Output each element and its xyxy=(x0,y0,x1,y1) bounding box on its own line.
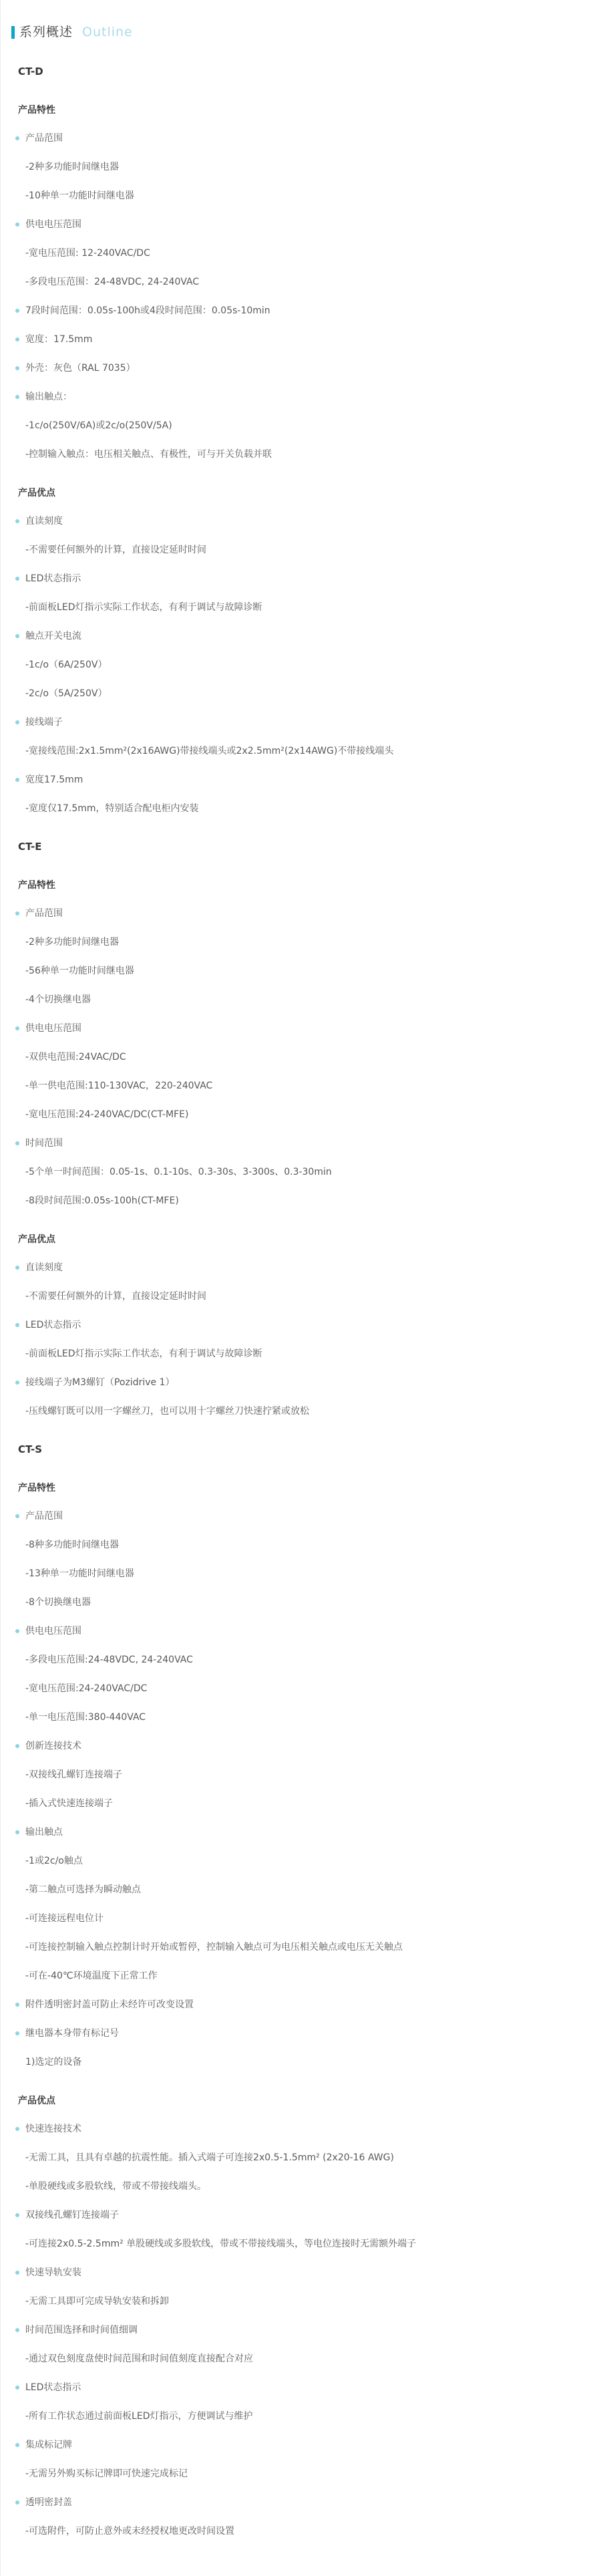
feature-list: 快速连接技术-无需工具，且具有卓越的抗震性能。插入式端子可连接2x0.5-1.5… xyxy=(11,2124,581,2537)
list-item: 产品范围 xyxy=(11,134,581,144)
item-label: 时间范围 xyxy=(25,1138,63,1149)
bullet-icon xyxy=(15,395,19,399)
page-title: 系列概述 xyxy=(19,25,73,39)
sub-item: -第二触点可选择为瞬动触点 xyxy=(25,1885,581,1895)
list-item: 输出触点 xyxy=(11,1828,581,1838)
item-label: 透明密封盖 xyxy=(25,2497,72,2508)
item-label: 宽度17.5mm xyxy=(25,774,83,785)
sub-item: -通过双色刻度盘使时间范围和时间值刻度直接配合对应 xyxy=(25,2354,581,2364)
item-label: 直读刻度 xyxy=(25,516,63,527)
list-item: 快速导轨安装 xyxy=(11,2268,581,2278)
bullet-icon xyxy=(15,1141,19,1145)
sub-item: 1)选定的设备 xyxy=(25,2057,581,2067)
sub-item: -控制输入触点：电压相关触点、有极性，可与开关负载并联 xyxy=(25,450,581,460)
sub-item: -所有工作状态通过前面板LED灯指示，方便调试与维护 xyxy=(25,2412,581,2422)
sub-item: -1c/o（6A/250V） xyxy=(25,660,581,670)
sub-item: -8种多功能时间继电器 xyxy=(25,1540,581,1550)
sub-item: -宽电压范围: 12-240VAC/DC xyxy=(25,249,581,259)
sub-item: -双接线孔螺钉连接端子 xyxy=(25,1770,581,1780)
item-label: 继电器本身带有标记号 xyxy=(25,2028,119,2039)
item-label: 输出触点： xyxy=(25,392,72,402)
item-label: 接线端子为M3螺钉（Pozidrive 1） xyxy=(25,1377,175,1388)
item-label: 产品范围 xyxy=(25,133,63,144)
bullet-icon xyxy=(15,309,19,313)
item-label: 外壳：灰色（RAL 7035） xyxy=(25,363,136,374)
feature-list: 直读刻度-不需要任何额外的计算，直接设定延时时间LED状态指示-前面板LED灯指… xyxy=(11,1263,581,1417)
sub-item: -可连接控制输入触点控制计时开始或暂停，控制输入触点可为电压相关触点或电压无关触… xyxy=(25,1943,581,1953)
bullet-icon xyxy=(15,2328,19,2332)
sub-item: -1或2c/o触点 xyxy=(25,1856,581,1866)
list-item: 产品范围 xyxy=(11,1512,581,1522)
section-title: CT-S xyxy=(18,1445,581,1455)
bullet-icon xyxy=(15,1830,19,1834)
bullet-icon xyxy=(15,2386,19,2390)
sub-item: -前面板LED灯指示实际工作状态，有利于调试与故障诊断 xyxy=(25,603,581,613)
list-item: 7段时间范围：0.05s-100h或4段时间范围：0.05s-10min xyxy=(11,306,581,316)
list-item: LED状态指示 xyxy=(11,2383,581,2393)
item-label: 创新连接技术 xyxy=(25,1741,81,1751)
list-item: 集成标记牌 xyxy=(11,2440,581,2450)
list-item: 接线端子 xyxy=(11,718,581,728)
bullet-icon xyxy=(15,1266,19,1270)
list-item: 供电电压范围 xyxy=(11,1024,581,1034)
sub-item: -56种单一功能时间继电器 xyxy=(25,966,581,976)
bullet-icon xyxy=(15,337,19,341)
bullet-icon xyxy=(15,2213,19,2217)
sub-item: -单一电压范围:380-440VAC xyxy=(25,1713,581,1723)
item-label: 快速连接技术 xyxy=(25,2124,81,2134)
item-label: 宽度：17.5mm xyxy=(25,334,92,345)
bullet-icon xyxy=(15,136,19,140)
bullet-icon xyxy=(15,519,19,523)
item-label: 输出触点 xyxy=(25,1827,63,1838)
sub-item: -多段电压范围：24-48VDC, 24-240VAC xyxy=(25,277,581,287)
sub-item: -宽电压范围:24-240VAC/DC(CT-MFE) xyxy=(25,1110,581,1120)
list-item: 时间范围 xyxy=(11,1139,581,1149)
page-header: 系列概述 Outline xyxy=(11,25,581,39)
sub-item: -2种多功能时间继电器 xyxy=(25,162,581,172)
item-label: 供电电压范围 xyxy=(25,219,81,230)
bullet-icon xyxy=(15,223,19,227)
sub-item: -可在-40℃环境温度下正常工作 xyxy=(25,1971,581,1981)
subsection-heading: 产品优点 xyxy=(18,488,581,498)
sub-item: -4个切换继电器 xyxy=(25,995,581,1005)
sub-item: -可连接2x0.5-2.5mm² 单股硬线或多股软线，带或不带接线端头，等电位连… xyxy=(25,2239,581,2249)
item-label: 接线端子 xyxy=(25,717,63,728)
list-item: 产品范围 xyxy=(11,909,581,919)
list-item: LED状态指示 xyxy=(11,574,581,584)
bullet-icon xyxy=(15,634,19,638)
bullet-icon xyxy=(15,1381,19,1385)
sub-item: -5个单一时间范围：0.05-1s、0.1-10s、0.3-30s、3-300s… xyxy=(25,1167,581,1177)
item-label: 7段时间范围：0.05s-100h或4段时间范围：0.05s-10min xyxy=(25,305,270,316)
sub-item: -多段电压范围:24-48VDC, 24-240VAC xyxy=(25,1655,581,1665)
item-label: 快速导轨安装 xyxy=(25,2267,81,2278)
bullet-icon xyxy=(15,1026,19,1030)
sub-item: -1c/o(250V/6A)或2c/o(250V/5A) xyxy=(25,421,581,431)
subsection-heading: 产品特性 xyxy=(18,1483,581,1493)
bullet-icon xyxy=(15,577,19,581)
list-item: 直读刻度 xyxy=(11,517,581,527)
sub-item: -无需工具即可完成导轨安装和拆卸 xyxy=(25,2297,581,2307)
feature-list: 直读刻度-不需要任何额外的计算，直接设定延时时间LED状态指示-前面板LED灯指… xyxy=(11,517,581,814)
bullet-icon xyxy=(15,2031,19,2035)
series-overview-page: 系列概述 Outline CT-D产品特性产品范围-2种多功能时间继电器-10种… xyxy=(0,0,601,2576)
feature-list: 产品范围-8种多功能时间继电器-13种单一功能时间继电器-8个切换继电器供电电压… xyxy=(11,1512,581,2067)
sub-item: -宽接线范围:2x1.5mm²(2x16AWG)带接线端头或2x2.5mm²(2… xyxy=(25,746,581,756)
sub-item: -10种单一功能时间继电器 xyxy=(25,191,581,201)
list-item: 创新连接技术 xyxy=(11,1741,581,1751)
sub-item: -无需工具，且具有卓越的抗震性能。插入式端子可连接2x0.5-1.5mm² (2… xyxy=(25,2153,581,2163)
list-item: 供电电压范围 xyxy=(11,220,581,230)
sub-item: -前面板LED灯指示实际工作状态，有利于调试与故障诊断 xyxy=(25,1349,581,1359)
accent-bar-icon xyxy=(11,26,15,39)
sub-item: -8段时间范围:0.05s-100h(CT-MFE) xyxy=(25,1196,581,1206)
bullet-icon xyxy=(15,720,19,724)
sub-item: -插入式快速连接端子 xyxy=(25,1799,581,1809)
feature-list: 产品范围-2种多功能时间继电器-10种单一功能时间继电器供电电压范围-宽电压范围… xyxy=(11,134,581,460)
item-label: LED状态指示 xyxy=(25,1320,81,1330)
sections: CT-D产品特性产品范围-2种多功能时间继电器-10种单一功能时间继电器供电电压… xyxy=(11,67,581,2537)
list-item: 双接线孔螺钉连接端子 xyxy=(11,2210,581,2221)
sub-item: -无需另外购买标记牌即可快速完成标记 xyxy=(25,2469,581,2479)
bullet-icon xyxy=(15,2127,19,2131)
item-label: 触点开关电流 xyxy=(25,631,81,641)
bullet-icon xyxy=(15,1514,19,1518)
list-item: 外壳：灰色（RAL 7035） xyxy=(11,364,581,374)
sub-item: -不需要任何额外的计算，直接设定延时时间 xyxy=(25,1292,581,1302)
item-label: 时间范围选择和时间值细调 xyxy=(25,2325,138,2335)
list-item: 快速连接技术 xyxy=(11,2124,581,2134)
list-item: 供电电压范围 xyxy=(11,1626,581,1636)
item-label: 双接线孔螺钉连接端子 xyxy=(25,2210,119,2221)
item-label: 供电电压范围 xyxy=(25,1626,81,1636)
feature-list: 产品范围-2种多功能时间继电器-56种单一功能时间继电器-4个切换继电器供电电压… xyxy=(11,909,581,1206)
sub-item: -13种单一功能时间继电器 xyxy=(25,1569,581,1579)
sub-item: -8个切换继电器 xyxy=(25,1598,581,1608)
subsection-heading: 产品特性 xyxy=(18,881,581,890)
list-item: 时间范围选择和时间值细调 xyxy=(11,2325,581,2335)
list-item: 直读刻度 xyxy=(11,1263,581,1273)
bullet-icon xyxy=(15,1629,19,1633)
bullet-icon xyxy=(15,2500,19,2505)
sub-item: -宽电压范围:24-240VAC/DC xyxy=(25,1684,581,1694)
bullet-icon xyxy=(15,366,19,370)
list-item: 宽度17.5mm xyxy=(11,775,581,785)
sub-item: -不需要任何额外的计算，直接设定延时时间 xyxy=(25,545,581,555)
list-item: 继电器本身带有标记号 xyxy=(11,2029,581,2039)
item-label: LED状态指示 xyxy=(25,2382,81,2393)
sub-item: -单一供电范围:110-130VAC，220-240VAC xyxy=(25,1081,581,1091)
list-item: 输出触点： xyxy=(11,392,581,402)
bullet-icon xyxy=(15,2271,19,2275)
sub-item: -压线螺钉既可以用一字螺丝刀，也可以用十字螺丝刀快速拧紧或放松 xyxy=(25,1407,581,1417)
sub-item: -可选附件，可防止意外或未经授权地更改时间设置 xyxy=(25,2527,581,2537)
sub-item: -双供电范围:24VAC/DC xyxy=(25,1052,581,1062)
list-item: 接线端子为M3螺钉（Pozidrive 1） xyxy=(11,1378,581,1388)
section-ct-s: CT-S产品特性产品范围-8种多功能时间继电器-13种单一功能时间继电器-8个切… xyxy=(11,1445,581,2537)
subsection-heading: 产品优点 xyxy=(18,2096,581,2106)
list-item: 附件透明密封盖可防止未经许可改变设置 xyxy=(11,2000,581,2010)
bullet-icon xyxy=(15,1323,19,1327)
bullet-icon xyxy=(15,911,19,915)
item-label: 集成标记牌 xyxy=(25,2440,72,2450)
bullet-icon xyxy=(15,2003,19,2007)
item-label: 产品范围 xyxy=(25,1511,63,1522)
subsection-heading: 产品特性 xyxy=(18,106,581,115)
list-item: LED状态指示 xyxy=(11,1320,581,1330)
sub-item: -宽度仅17.5mm，特别适合配电柜内安装 xyxy=(25,804,581,814)
item-label: 产品范围 xyxy=(25,908,63,919)
list-item: 触点开关电流 xyxy=(11,631,581,641)
item-label: 供电电压范围 xyxy=(25,1023,81,1034)
item-label: 附件透明密封盖可防止未经许可改变设置 xyxy=(25,1999,194,2010)
bullet-icon xyxy=(15,1744,19,1748)
page-title-en: Outline xyxy=(82,25,133,39)
section-title: CT-D xyxy=(18,67,581,77)
sub-item: -2种多功能时间继电器 xyxy=(25,938,581,948)
sub-item: -2c/o（5A/250V） xyxy=(25,689,581,699)
item-label: LED状态指示 xyxy=(25,573,81,584)
list-item: 透明密封盖 xyxy=(11,2498,581,2508)
subsection-heading: 产品优点 xyxy=(18,1235,581,1244)
bullet-icon xyxy=(15,778,19,782)
section-ct-e: CT-E产品特性产品范围-2种多功能时间继电器-56种单一功能时间继电器-4个切… xyxy=(11,842,581,1417)
section-title: CT-E xyxy=(18,842,581,852)
item-label: 直读刻度 xyxy=(25,1262,63,1273)
list-item: 宽度：17.5mm xyxy=(11,335,581,345)
section-ct-d: CT-D产品特性产品范围-2种多功能时间继电器-10种单一功能时间继电器供电电压… xyxy=(11,67,581,814)
bullet-icon xyxy=(15,2443,19,2447)
sub-item: -可连接远程电位计 xyxy=(25,1914,581,1924)
sub-item: -单股硬线或多股软线，带或不带接线端头。 xyxy=(25,2182,581,2192)
